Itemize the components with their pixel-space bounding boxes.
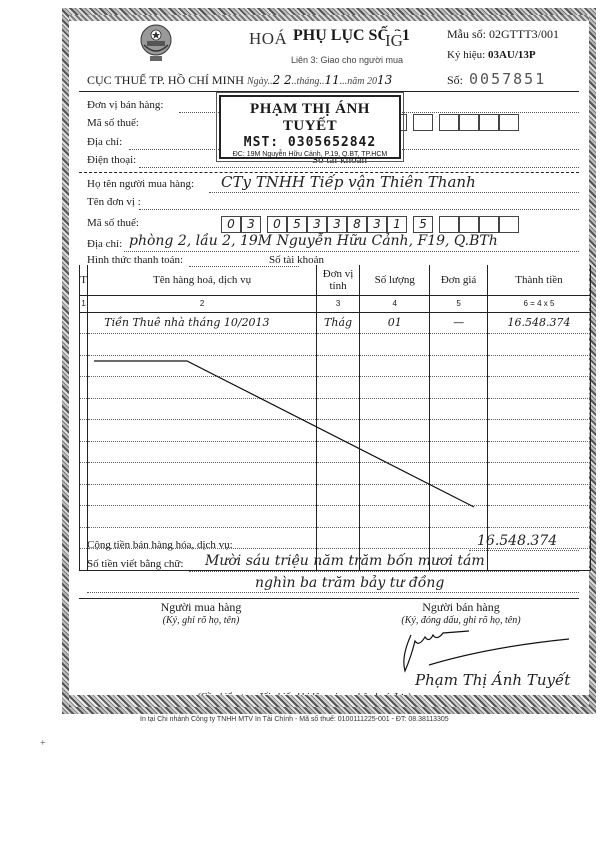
seller-signature (399, 627, 589, 677)
stamp-address: ĐC: 19M Nguyễn Hữu Cảnh, P.19, Q.BT, TP.… (221, 151, 399, 158)
items-table: TTên hàng hoá, dịch vụĐơn vị tínhSố lượn… (79, 265, 591, 571)
buyer-name-label: Họ tên người mua hàng: (87, 178, 194, 190)
table-cell: — (430, 312, 488, 334)
buyer-tax-label: Mã số thuế: (87, 217, 139, 229)
table-cell (430, 506, 488, 528)
table-cell (88, 506, 317, 528)
invoice-serial: Số:0057851 (447, 70, 546, 88)
column-header: Tên hàng hoá, dịch vụ (88, 265, 317, 295)
invoice-title-tail: IG (385, 31, 403, 51)
table-cell (88, 355, 317, 377)
day-label: Ngày (247, 76, 268, 87)
stamp-name: PHẠM THỊ ÁNH TUYẾT (221, 101, 399, 135)
table-cell (88, 463, 317, 485)
column-header: Đơn giá (430, 265, 488, 295)
table-cell (487, 484, 590, 506)
year-label: năm 20 (347, 76, 377, 87)
divider (79, 598, 579, 599)
table-cell (360, 420, 430, 442)
table-cell (80, 506, 88, 528)
invoice-symbol: Ký hiệu: 03AU/13P (447, 49, 536, 61)
column-index: 4 (360, 295, 430, 312)
table-cell: Tiền Thuê nhà tháng 10/2013 (88, 312, 317, 334)
tax-code-digit-box: 0 (267, 216, 287, 233)
tax-code-digit-box: 5 (287, 216, 307, 233)
day-value: 2 2 (273, 73, 292, 87)
table-row-empty (80, 334, 591, 356)
table-row-empty (80, 420, 591, 442)
table-cell (487, 506, 590, 528)
table-cell (360, 441, 430, 463)
buyer-name: CTy TNHH Tiếp vận Thiên Thanh (221, 173, 476, 191)
tax-code-digit-box (413, 114, 433, 131)
buyer-address-label: Địa chỉ: (87, 238, 122, 250)
tax-code-digit-box: 1 (387, 216, 407, 233)
decorative-border-top (69, 15, 589, 21)
table-cell (88, 377, 317, 399)
table-cell (487, 441, 590, 463)
column-header: T (80, 265, 88, 295)
table-cell (487, 398, 590, 420)
table-cell (88, 420, 317, 442)
table-cell (80, 355, 88, 377)
dotted-line (139, 167, 579, 168)
table-cell (360, 398, 430, 420)
tax-code-digit-box: 3 (241, 216, 261, 233)
seller-stamp: PHẠM THỊ ÁNH TUYẾT MST: 0305652842 ĐC: 1… (219, 95, 401, 159)
tax-code-digit-box (439, 114, 459, 131)
decorative-border-bottom (69, 695, 589, 707)
table-cell (430, 355, 488, 377)
table-cell (80, 441, 88, 463)
buyer-unit-label: Tên đơn vị : (87, 196, 141, 208)
invoice-title: HOÁ (249, 29, 287, 49)
column-header: Số lượng (360, 265, 430, 295)
table-cell (487, 549, 590, 571)
table-row: Tiền Thuê nhà tháng 10/2013Thág01—16.548… (80, 312, 591, 334)
column-index: 6 = 4 x 5 (487, 295, 590, 312)
table-cell (430, 377, 488, 399)
table-cell: 16.548.374 (487, 312, 590, 334)
dotted-line (189, 571, 579, 572)
table-cell (430, 420, 488, 442)
scan-mark: + (40, 738, 46, 749)
table-row-empty (80, 463, 591, 485)
table-cell (80, 334, 88, 356)
dotted-line (469, 550, 579, 551)
table-cell (316, 377, 359, 399)
tax-code-digit-box: 5 (413, 216, 433, 233)
dotted-line (139, 209, 579, 210)
amount-in-words-line1: Mười sáu triệu năm trăm bốn mươi tám (205, 553, 485, 569)
table-cell (88, 484, 317, 506)
buyer-signature-note: (Ký, ghi rõ họ, tên) (111, 615, 291, 626)
seller-address-label: Địa chỉ: (87, 136, 122, 148)
table-cell (487, 334, 590, 356)
column-header: Đơn vị tính (316, 265, 359, 295)
table-cell (316, 355, 359, 377)
dotted-line (209, 192, 579, 193)
column-index: 3 (316, 295, 359, 312)
table-cell (360, 355, 430, 377)
invoice-date: Ngày..2 2..tháng..11...năm 2013 (247, 73, 392, 87)
table-cell (80, 398, 88, 420)
invoice-frame: HOÁ PHỤ LỤC SỐ 21 IG Liên 3: Giao cho ng… (62, 8, 596, 714)
tax-code-digit-box (439, 216, 459, 233)
table-cell (88, 334, 317, 356)
column-index: 5 (430, 295, 488, 312)
table-cell (316, 484, 359, 506)
table-cell (360, 484, 430, 506)
table-cell (360, 506, 430, 528)
column-header: Thành tiền (487, 265, 590, 295)
divider (79, 91, 579, 92)
stamp-tax-code: MST: 0305652842 (221, 135, 399, 150)
table-cell (316, 527, 359, 549)
seller-handwritten-name: Phạm Thị Ánh Tuyết (415, 671, 570, 689)
table-cell (80, 312, 88, 334)
tax-code-digit-box (499, 216, 519, 233)
tax-code-digit-box (499, 114, 519, 131)
table-cell (487, 377, 590, 399)
table-cell (316, 506, 359, 528)
table-cell (360, 377, 430, 399)
table-cell (487, 355, 590, 377)
tax-code-digit-box: 3 (367, 216, 387, 233)
table-cell (80, 420, 88, 442)
table-row-empty (80, 377, 591, 399)
dotted-line (87, 592, 579, 593)
table-cell (430, 463, 488, 485)
table-cell: Thág (316, 312, 359, 334)
year-value: 13 (377, 73, 392, 87)
table-cell (80, 463, 88, 485)
table-cell (80, 377, 88, 399)
seller-phone-label: Điện thoại: (87, 154, 136, 166)
seller-tax-label: Mã số thuế: (87, 117, 139, 129)
column-index: 2 (88, 295, 317, 312)
tax-code-digit-box (479, 216, 499, 233)
table-cell (430, 334, 488, 356)
tax-code-digit-box (479, 114, 499, 131)
month-value: 11 (324, 73, 339, 87)
tax-code-digit-box: 3 (327, 216, 347, 233)
form-number: Mẫu số: 02GTTT3/001 (447, 27, 559, 42)
table-cell (360, 527, 430, 549)
table-cell: 01 (360, 312, 430, 334)
table-row-empty (80, 484, 591, 506)
printer-info: In tại Chi nhánh Công ty TNHH MTV In Tài… (140, 716, 449, 723)
table-cell (80, 484, 88, 506)
copy-note: Liên 3: Giao cho người mua (291, 55, 403, 65)
table-cell (316, 334, 359, 356)
seller-signature-note: (Ký, đóng dấu, ghi rõ họ, tên) (371, 615, 551, 626)
table-cell (316, 463, 359, 485)
seller-unit-label: Đơn vị bán hàng: (87, 99, 163, 111)
buyer-signature-title: Người mua hàng (121, 600, 281, 615)
buyer-address: phòng 2, lầu 2, 19M Nguyễn Hữu Cảnh, F19… (129, 233, 498, 249)
table-cell (430, 441, 488, 463)
total-value: 16.548.374 (477, 533, 557, 549)
table-cell (316, 420, 359, 442)
table-row-empty (80, 355, 591, 377)
seller-signature-title: Người bán hàng (381, 600, 541, 615)
table-cell (316, 441, 359, 463)
table-row-empty (80, 398, 591, 420)
tax-code-digit-box: 0 (221, 216, 241, 233)
table-cell (360, 463, 430, 485)
tax-code-digit-box: 3 (307, 216, 327, 233)
table-row-empty (80, 506, 591, 528)
department-name: CỤC THUẾ TP. HỒ CHÍ MINH (87, 73, 244, 88)
amount-in-words-label: Số tiền viết bằng chữ: (87, 558, 183, 570)
amount-in-words-line2: nghìn ba trăm bảy tư đồng (255, 575, 444, 591)
table-cell (430, 484, 488, 506)
table-cell (360, 334, 430, 356)
total-label: Cộng tiền bán hàng hóa, dịch vụ: (87, 539, 233, 551)
table-cell (316, 398, 359, 420)
table-cell (88, 398, 317, 420)
table-cell (430, 398, 488, 420)
table-row-empty (80, 441, 591, 463)
column-index: 1 (80, 295, 88, 312)
dotted-line (124, 251, 579, 252)
national-emblem-icon (139, 23, 173, 63)
tax-code-digit-box (459, 114, 479, 131)
table-cell (88, 441, 317, 463)
table-cell (487, 463, 590, 485)
table-cell (487, 420, 590, 442)
month-label: tháng (297, 76, 320, 87)
tax-code-digit-box (459, 216, 479, 233)
tax-code-digit-box: 8 (347, 216, 367, 233)
